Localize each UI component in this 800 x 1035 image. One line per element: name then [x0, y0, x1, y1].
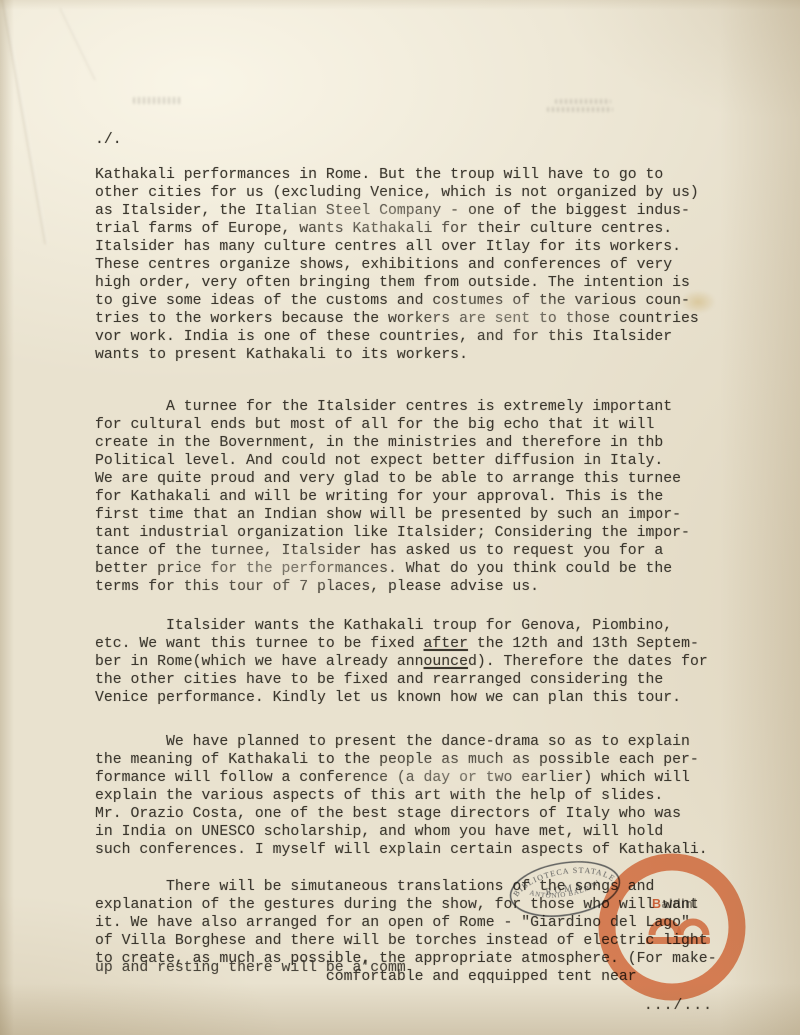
faint-pencil-mark [547, 107, 613, 112]
paper-edge-shadow [0, 0, 14, 1035]
text-line: These centres organize shows, exhibition… [95, 256, 699, 274]
text-line: vor work. India is one of these countrie… [95, 328, 699, 346]
text-line: create in the Bovernment, in the ministr… [95, 434, 690, 452]
faint-pencil-mark [133, 97, 181, 104]
text-line: Kathakali performances in Rome. But the … [95, 166, 699, 184]
text-line: etc. We want this turnee to be fixed aft… [95, 635, 708, 653]
continuation-marker-top: ./. [95, 131, 122, 149]
paragraph: Kathakali performances in Rome. But the … [95, 166, 699, 364]
rotated-b-hump [680, 922, 706, 935]
paragraph: A turnee for the Italsider centres is ex… [95, 398, 690, 596]
paper-crease [0, 0, 48, 244]
rotated-b-hump [652, 922, 678, 935]
paper-edge-shadow [0, 0, 800, 10]
text-line: the meaning of Kathakali to the people a… [95, 751, 708, 769]
overstruck-text-line: up and resting there will be a'comm [95, 959, 406, 977]
text-line: Political level. And could not expect be… [95, 452, 690, 470]
paper-corner-fold [60, 8, 97, 81]
text-line: We are quite proud and very glad to be a… [95, 470, 690, 488]
text-line: We have planned to present the dance-dra… [95, 733, 708, 751]
text-line: tries to the workers because the workers… [95, 310, 699, 328]
text-line: ber in Rome(which we have already announ… [95, 653, 708, 671]
text-line: to give some ideas of the customs and co… [95, 292, 699, 310]
text-line: for Kathakali and will be writing for yo… [95, 488, 690, 506]
baldini-stamp-label: Baldini [652, 897, 697, 911]
text-line: formance will follow a conference (a day… [95, 769, 708, 787]
text-line: in India on UNESCO scholarship, and whom… [95, 823, 708, 841]
text-line: trial farms of Europe, wants Kathakali f… [95, 220, 699, 238]
scanned-letter-page: { "document": { "continuation_marker_top… [0, 0, 800, 1035]
paragraph: Italsider wants the Kathakali troup for … [95, 617, 708, 707]
text-line: other cities for us (excluding Venice, w… [95, 184, 699, 202]
text-line: Venice performance. Kindly let us known … [95, 689, 708, 707]
text-line: terms for this tour of 7 places, please … [95, 578, 690, 596]
rotated-b-bar [646, 937, 710, 944]
text-line: A turnee for the Italsider centres is ex… [95, 398, 690, 416]
text-line: Italsider wants the Kathakali troup for … [95, 617, 708, 635]
text-line: for cultural ends but most of all for th… [95, 416, 690, 434]
baldini-round-stamp: Baldini [596, 851, 748, 1003]
text-line: high order, very often bringing them fro… [95, 274, 699, 292]
text-line: tance of the turnee, Italsider has asked… [95, 542, 690, 560]
text-line: the other cities have to be fixed and re… [95, 671, 708, 689]
faint-pencil-mark [555, 99, 611, 104]
text-line: better price for the performances. What … [95, 560, 690, 578]
text-line: first time that an Indian show will be p… [95, 506, 690, 524]
baldini-stamp-graphic [596, 851, 748, 1003]
text-line: tant industrial organization like Italsi… [95, 524, 690, 542]
text-line: Italsider has many culture centres all o… [95, 238, 699, 256]
text-line: explain the various aspects of this art … [95, 787, 708, 805]
text-line: Mr. Orazio Costa, one of the best stage … [95, 805, 708, 823]
text-line: as Italsider, the Italian Steel Company … [95, 202, 699, 220]
text-line: wants to present Kathakali to its worker… [95, 346, 699, 364]
